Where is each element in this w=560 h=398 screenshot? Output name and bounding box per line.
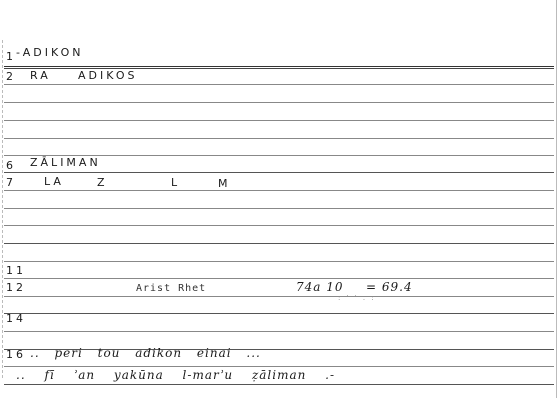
prefix-la: LA [44, 175, 64, 188]
index-card: 1 -ADIKON 2 RA ADIKOS 6 ZĀLIMAN 7 LA Z L… [0, 0, 557, 398]
arabic-translation: .. fī ʾan yakūna l-marʾu ẓāliman .- [16, 368, 335, 382]
rule [4, 102, 554, 103]
rule [4, 243, 554, 244]
rule [4, 225, 554, 226]
headword-zaliman: ZĀLIMAN [30, 156, 101, 169]
rule [4, 120, 554, 121]
rule [4, 296, 554, 297]
root-letter-m: M [218, 177, 231, 190]
rule [4, 172, 554, 173]
header-rule [4, 66, 554, 67]
rule [4, 331, 554, 332]
rule [4, 138, 554, 139]
headword-adikon: -ADIKON [16, 46, 83, 59]
rule [4, 384, 554, 385]
row-number: 2 [6, 70, 16, 83]
rule [4, 278, 554, 279]
row-number: 6 [6, 159, 16, 172]
greek-citation: .. peri tou adikon einai ... [30, 346, 261, 360]
root-adikos: ADIKOS [78, 69, 138, 82]
row-number: 12 [6, 281, 26, 294]
margin-line [2, 40, 3, 378]
row-number: 7 [6, 176, 16, 189]
rule [4, 208, 554, 209]
annotation-dots: : ' ' . : [338, 294, 376, 302]
row-number: 1 [6, 50, 16, 63]
root-letter-l: L [171, 176, 180, 189]
rule [4, 366, 554, 367]
rule [4, 313, 554, 314]
row-number: 11 [6, 264, 26, 277]
reference-equivalent: = 69.4 [366, 280, 413, 294]
source-title: Arist Rhet [136, 283, 206, 294]
row-number: 14 [6, 312, 26, 325]
rule [4, 261, 554, 262]
root-letter-z: Z [97, 176, 108, 189]
rule [4, 190, 554, 191]
rule [4, 84, 554, 85]
row-number: 16 [6, 348, 26, 361]
prefix-ra: RA [30, 69, 51, 82]
source-reference: 74a 10 [296, 280, 344, 294]
